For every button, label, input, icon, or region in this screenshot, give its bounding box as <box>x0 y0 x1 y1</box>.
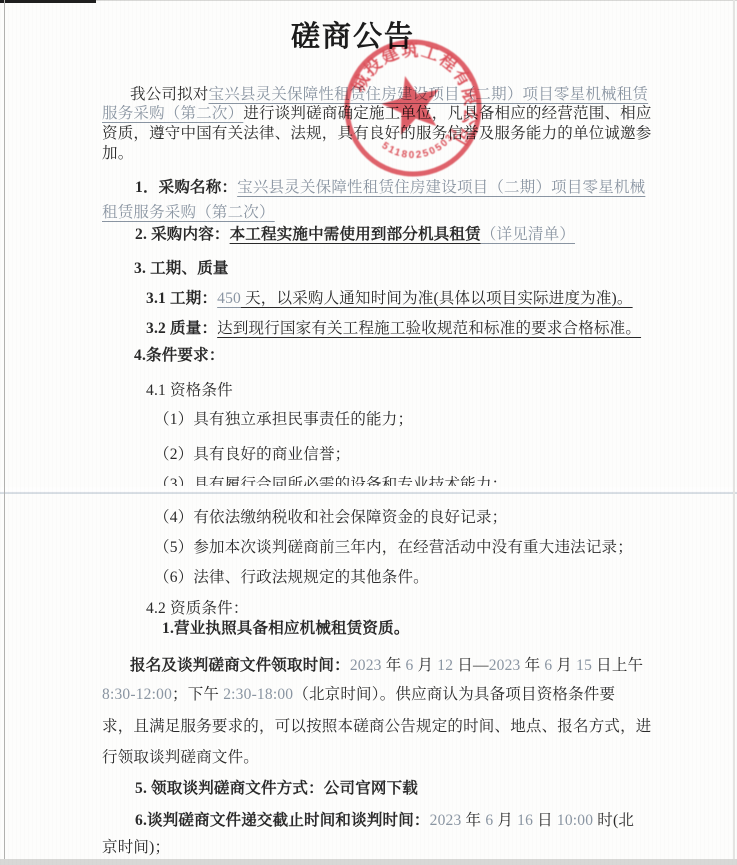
top-edge-mark <box>0 0 96 3</box>
doc-text-segment: （2）具有良好的商业信誉； <box>154 446 350 463</box>
doc-text-segment: 5. 领取谈判磋商文件方式：公司官网下载 <box>135 780 418 797</box>
doc-text-segment: 我公司拟对 <box>130 86 209 103</box>
doc-text-segment: 3. 工期、质量 <box>134 260 229 277</box>
scanned-document-page: 磋商公告 我公司拟对宝兴县灵关保障性租赁住房建设项目（二期）项目零星机械租赁服务… <box>0 0 737 865</box>
doc-text-segment: （1）具有独立承担民事责任的能力； <box>154 411 413 428</box>
company-seal-stamp: 城投建筑工程有限公司 5118025050330 <box>313 8 513 208</box>
doc-text-segment: （北京时间）。供应商认为具备项目资格条件要 <box>293 686 615 703</box>
doc-line-signup-line2: 8:30-12:00；下午 2:30-18:00（北京时间）。供应商认为具备项目… <box>102 685 615 704</box>
doc-text-segment: 1.营业执照具备相应机械租赁资质。 <box>162 620 410 637</box>
top-edge-line <box>0 0 737 1</box>
doc-text-segment: （3）具有履行合同所必需的设备和专业技术能力； <box>154 476 507 493</box>
doc-text-segment: 月 <box>413 657 437 674</box>
doc-text-segment: 2023 <box>430 812 462 829</box>
doc-text-segment: ；下午 <box>172 686 223 703</box>
doc-text-segment: 天，以采购人通知时间为准(具体以项目实际进度为准)。 <box>241 290 633 307</box>
doc-text-segment: 租赁服务采购（第二次） <box>102 204 275 221</box>
right-edge-line <box>733 0 735 865</box>
star-icon <box>376 69 447 138</box>
doc-text-segment: 求，且满足服务要求的，可以按照本磋商公告规定的时间、地点、报名方式，进 <box>102 718 652 735</box>
doc-text-segment: 8:30-12:00 <box>102 686 172 703</box>
doc-text-segment: 年 <box>382 657 406 674</box>
doc-text-segment: 月 <box>493 812 517 829</box>
doc-line-cond6: （6）法律、行政法规规定的其他条件。 <box>154 568 429 587</box>
doc-text-segment: 4.1 资格条件 <box>146 382 233 399</box>
doc-text-segment: 2023 <box>489 657 521 674</box>
doc-line-item3-1: 3.1 工期：450 天，以采购人通知时间为准(具体以项目实际进度为准)。 <box>146 289 633 308</box>
doc-text-segment: 服务采购（第二次） <box>102 105 243 122</box>
doc-line-item6-line1: 6.谈判磋商文件递交截止时间和谈判时间：2023 年 6 月 16 日 10:0… <box>135 811 634 830</box>
doc-text-segment: 3.2 质量： <box>146 320 217 337</box>
doc-text-segment: 6.谈判磋商文件递交截止时间和谈判时间： <box>135 812 430 829</box>
doc-text-segment: 12 <box>437 657 453 674</box>
doc-line-signup-line1: 报名及谈判磋商文件领取时间：2023 年 6 月 12 日—2023 年 6 月… <box>130 656 643 675</box>
doc-text-segment: 4.2 资质条件： <box>146 600 249 617</box>
doc-line-item4-2: 4.2 资质条件： <box>146 599 249 618</box>
doc-text-segment: 15 <box>576 657 592 674</box>
left-edge-line <box>4 0 5 862</box>
doc-line-para1-line4: 加。 <box>102 144 133 163</box>
doc-text-segment: 1．采购名称： <box>135 179 237 196</box>
doc-line-cond2: （2）具有良好的商业信誉； <box>154 445 350 464</box>
doc-text-segment: 行领取谈判磋商文件。 <box>102 749 259 766</box>
doc-text-segment: 2023 <box>350 657 382 674</box>
doc-text-segment: 报名及谈判磋商文件领取时间： <box>130 657 350 674</box>
bottom-edge-strip <box>0 859 737 865</box>
doc-text-segment: 加。 <box>102 145 133 162</box>
doc-text-segment: （4）有依法缴纳税收和社会保障资金的良好记录； <box>154 509 507 526</box>
doc-text-segment: 日— <box>453 657 488 674</box>
doc-text-segment: 4.条件要求： <box>134 347 225 364</box>
doc-text-segment: 日 <box>533 812 557 829</box>
doc-line-cond1: （1）具有独立承担民事责任的能力； <box>154 410 413 429</box>
doc-line-cond4: （4）有依法缴纳税收和社会保障资金的良好记录； <box>154 508 507 527</box>
doc-text-segment: （5）参加本次谈判磋商前三年内，在经营活动中没有重大违法记录； <box>154 539 633 556</box>
doc-line-item5: 5. 领取谈判磋商文件方式：公司官网下载 <box>135 779 418 798</box>
doc-text-segment: 3.1 工期： <box>146 290 217 307</box>
doc-text-segment: 年 <box>461 812 485 829</box>
doc-text-segment: 年 <box>521 657 545 674</box>
doc-line-cond5: （5）参加本次谈判磋商前三年内，在经营活动中没有重大违法记录； <box>154 538 633 557</box>
doc-line-item3: 3. 工期、质量 <box>134 259 229 278</box>
doc-text-segment: 2:30-18:00 <box>223 686 293 703</box>
doc-line-item4: 4.条件要求： <box>134 346 225 365</box>
doc-line-signup-line3: 求，且满足服务要求的，可以按照本磋商公告规定的时间、地点、报名方式，进 <box>102 717 652 736</box>
doc-text-segment: 日上午 <box>592 657 643 674</box>
doc-text-segment: （6）法律、行政法规规定的其他条件。 <box>154 569 429 586</box>
doc-text-segment: 2. 采购内容： <box>135 226 230 243</box>
doc-text-segment: 月 <box>552 657 576 674</box>
doc-text-segment: 10:00 <box>557 812 593 829</box>
doc-text-segment: （详见清单） <box>481 226 575 243</box>
doc-line-signup-line4: 行领取谈判磋商文件。 <box>102 748 259 767</box>
doc-line-item3-2: 3.2 质量：达到现行国家有关工程施工验收规范和标准的要求合格标准。 <box>146 319 641 338</box>
doc-text-segment: 达到现行国家有关工程施工验收规范和标准的要求合格标准。 <box>217 320 641 337</box>
doc-line-item1-line2: 租赁服务采购（第二次） <box>102 203 275 222</box>
doc-text-segment: 时(北 <box>593 812 634 829</box>
doc-line-item4-1: 4.1 资格条件 <box>146 381 233 400</box>
doc-text-segment: 16 <box>517 812 533 829</box>
doc-text-segment: 京时间)； <box>102 839 170 856</box>
doc-line-item4-2-1: 1.营业执照具备相应机械租赁资质。 <box>162 619 410 638</box>
doc-text-segment: 450 <box>217 290 241 307</box>
doc-line-item2: 2. 采购内容：本工程实施中需使用到部分机具租赁（详见清单） <box>135 225 575 244</box>
doc-line-cond3: （3）具有履行合同所必需的设备和专业技术能力； <box>154 475 507 494</box>
doc-line-item6-line2: 京时间)； <box>102 838 170 857</box>
doc-text-segment: 本工程实施中需使用到部分机具租赁 <box>230 226 481 243</box>
